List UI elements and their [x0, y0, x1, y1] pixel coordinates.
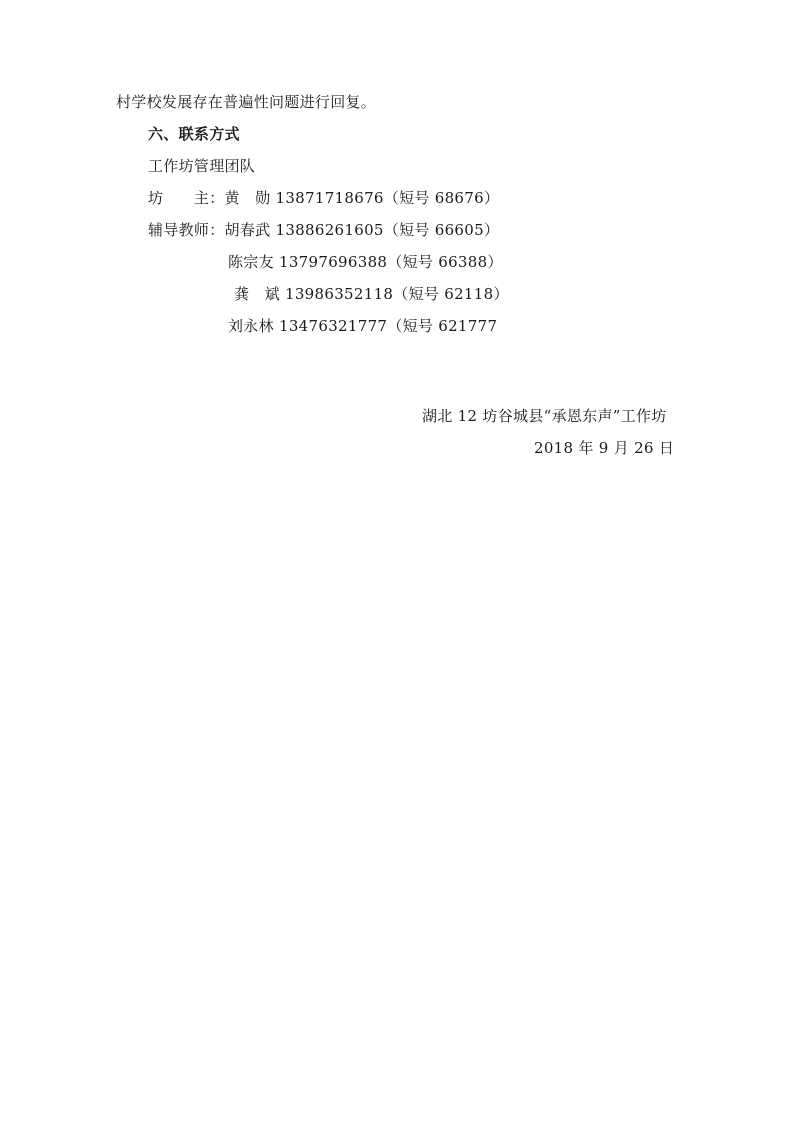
- contact-phone: 13797696388: [279, 253, 387, 271]
- team-title: 工作坊管理团队: [148, 156, 255, 176]
- signature-organization: 湖北 12 坊谷城县“承恩东声”工作坊: [422, 406, 667, 426]
- contact-name: 陈宗友: [228, 253, 274, 271]
- contact-row-tutor: 辅导教师：胡春武 13886261605（短号 66605）: [148, 220, 499, 240]
- contact-row-tutor: 龚 斌 13986352118（短号 62118）: [234, 284, 509, 304]
- role-label: 坊 主：: [148, 189, 225, 207]
- contact-name: 刘永林: [228, 317, 274, 335]
- contact-phone: 13871718676: [276, 189, 384, 207]
- contact-name: 龚 斌: [234, 285, 280, 303]
- contact-phone: 13476321777: [279, 317, 387, 335]
- continuation-text: 村学校发展存在普遍性问题进行回复。: [116, 92, 376, 112]
- signature-date: 2018 年 9 月 26 日: [534, 438, 674, 458]
- contact-phone: 13986352118: [285, 285, 393, 303]
- contact-row-tutor: 刘永林 13476321777（短号 621777: [228, 316, 497, 336]
- contact-row-leader: 坊 主：黄 勋 13871718676（短号 68676）: [148, 188, 499, 208]
- contact-row-tutor: 陈宗友 13797696388（短号 66388）: [228, 252, 503, 272]
- role-label: 辅导教师：: [148, 221, 225, 239]
- contact-name: 胡春武: [225, 221, 271, 239]
- contact-short-number: （短号 68676）: [384, 189, 500, 207]
- contact-phone: 13886261605: [276, 221, 384, 239]
- section-heading: 六、联系方式: [148, 124, 240, 144]
- contact-name: 黄 勋: [225, 189, 271, 207]
- contact-short-number: （短号 62118）: [393, 285, 509, 303]
- contact-short-number: （短号 66605）: [384, 221, 500, 239]
- contact-short-number: （短号 621777: [387, 317, 497, 335]
- contact-short-number: （短号 66388）: [387, 253, 503, 271]
